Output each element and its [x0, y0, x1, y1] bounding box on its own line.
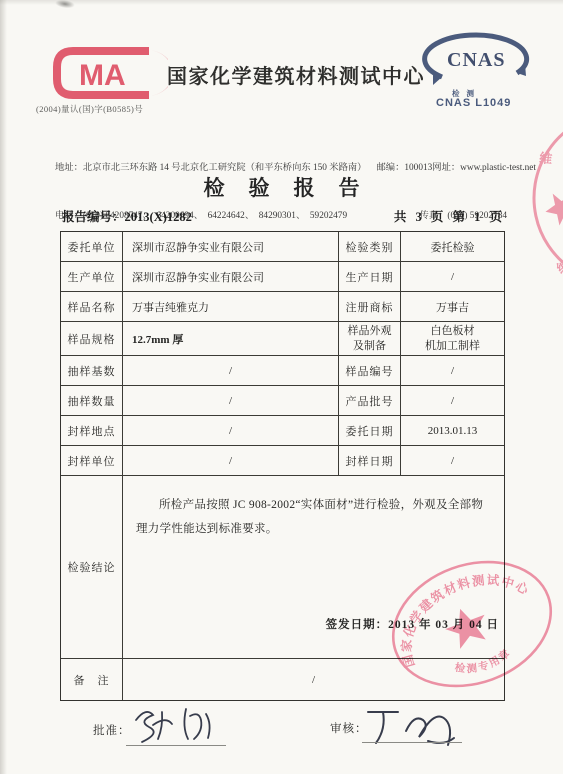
- field-label: 生产日期: [339, 262, 401, 292]
- report-number-value: 2013(X)1282: [125, 210, 192, 224]
- field-value: 12.7mm 厚: [123, 322, 339, 356]
- cnas-logo: CNAS: [420, 29, 534, 89]
- field-value: 深圳市忍静争实业有限公司: [123, 232, 339, 262]
- field-value: /: [123, 446, 339, 476]
- issue-date-line: 签发日期：2013 年 03 月 04 日: [326, 616, 499, 632]
- field-label: 注册商标: [339, 292, 401, 322]
- field-label: 封样单位: [61, 446, 123, 476]
- cma-letters: MA: [79, 59, 126, 92]
- field-value: 2013.01.13: [401, 416, 504, 446]
- remark-label: 备 注: [61, 659, 123, 700]
- edge-stamp-char-top: 维: [538, 150, 553, 166]
- scan-artifact: [55, 0, 76, 9]
- field-value: /: [401, 356, 504, 386]
- field-label: 产品批号: [339, 386, 401, 416]
- field-label: 封样日期: [339, 446, 401, 476]
- approve-signature-line: [126, 745, 226, 746]
- issue-date-value: 2013 年 03 月 04 日: [388, 619, 499, 631]
- document-title: 检验报告: [0, 172, 563, 202]
- cnas-accreditation-code: CNAS L1049: [436, 97, 511, 109]
- approve-label: 批准：: [93, 722, 131, 738]
- field-value: /: [401, 262, 504, 292]
- field-value: /: [401, 446, 504, 476]
- conclusion-label: 检验结论: [61, 476, 123, 659]
- field-label: 样品外观 及制备: [339, 322, 401, 356]
- cma-certificate-number: (2004)量认(国)字(B0585)号: [36, 103, 143, 115]
- field-value: 万事吉: [401, 292, 504, 322]
- field-value: 白色板材 机加工制样: [401, 322, 504, 356]
- field-value: 深圳市忍静争实业有限公司: [123, 262, 339, 292]
- field-label: 样品规格: [61, 322, 123, 356]
- pagination: 共 3 页 第 1 页: [394, 207, 505, 225]
- field-value-line: 机加工制样: [425, 339, 480, 354]
- field-label: 抽样基数: [61, 356, 123, 386]
- field-label-line: 及制备: [353, 339, 386, 354]
- field-value-line: 白色板材: [431, 324, 475, 339]
- review-signature-line: [362, 742, 462, 743]
- report-info-table: 委托单位 深圳市忍静争实业有限公司 检验类别 委托检验 生产单位 深圳市忍静争实…: [60, 231, 505, 701]
- remark-value: /: [123, 659, 504, 700]
- conclusion-text: 所检产品按照 JC 908-2002“实体面材”进行检验，外观及全部物理力学性能…: [136, 493, 490, 541]
- cnas-letters: CNAS: [447, 49, 505, 71]
- scanned-inspection-report: MA (2004)量认(国)字(B0585)号 国家化学建筑材料测试中心 CNA…: [0, 0, 563, 774]
- report-number-line: 报告编号：2013(X)1282 共 3 页 第 1 页: [62, 207, 505, 225]
- field-label: 封样地点: [61, 416, 123, 446]
- field-value: /: [123, 386, 339, 416]
- field-label: 生产单位: [61, 262, 123, 292]
- conclusion-cell: 所检产品按照 JC 908-2002“实体面材”进行检验，外观及全部物理力学性能…: [123, 476, 504, 659]
- field-value: 委托检验: [401, 232, 504, 262]
- report-number-label: 报告编号：: [62, 210, 125, 224]
- field-label: 委托日期: [339, 416, 401, 446]
- field-value: /: [401, 386, 504, 416]
- cma-logo: MA: [48, 44, 168, 102]
- field-label: 委托单位: [61, 232, 123, 262]
- field-value: /: [123, 356, 339, 386]
- review-signature: [362, 698, 472, 748]
- field-label: 样品名称: [61, 292, 123, 322]
- field-label-line: 样品外观: [348, 324, 392, 339]
- edge-stamp-char-bottom: 编: [554, 257, 563, 277]
- approve-signature: [126, 702, 231, 750]
- field-value: 万事吉纯雅克力: [123, 292, 339, 322]
- field-value: /: [123, 416, 339, 446]
- field-label: 样品编号: [339, 356, 401, 386]
- issue-date-label: 签发日期：: [326, 619, 389, 631]
- field-label: 检验类别: [339, 232, 401, 262]
- organization-title: 国家化学建筑材料测试中心: [167, 60, 425, 89]
- field-label: 抽样数量: [61, 386, 123, 416]
